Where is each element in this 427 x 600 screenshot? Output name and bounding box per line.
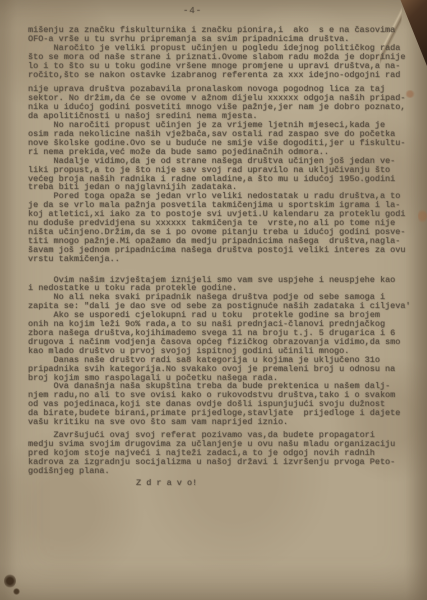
- paper-stain: [4, 574, 16, 588]
- page-number: -4-: [183, 6, 202, 16]
- paragraph: Ova današnja naša skupština treba da bud…: [28, 382, 424, 427]
- paper-stain: [13, 588, 20, 595]
- paragraph: Naročito je veliki propust učinjen u pog…: [28, 44, 424, 80]
- scanned-document-page: -4- mišenju za značku fiskulturnika i zn…: [0, 0, 427, 600]
- paragraph: Pored toga opaža se jedan vrlo veliki ne…: [28, 192, 424, 263]
- paragraph: Danas naše društvo radi sa8 kategorija u…: [28, 356, 424, 383]
- paragraph: No ali neka svaki pripadnik našega društ…: [28, 293, 424, 311]
- closing-salutation: Z d r a v o!: [136, 479, 424, 488]
- paragraph: Nadalje vidimo,da je od strane našega dr…: [28, 157, 424, 193]
- document-body: mišenju za značku fiskulturnika i značku…: [28, 26, 424, 487]
- paragraph: No naročiti propust učinjen je za vrijem…: [28, 121, 424, 157]
- paper-stain: [405, 90, 415, 98]
- paragraph: mišenju za značku fiskulturnika i značku…: [28, 26, 424, 44]
- paragraph: nije uprava društva pozabavila pronalask…: [28, 85, 424, 121]
- paper-stain: [418, 208, 427, 224]
- paragraph: Ovim našim izvještajem iznijeli smo vam …: [28, 276, 424, 294]
- paragraph: Ako se usporedi cjelokupni rad u toku pr…: [28, 311, 424, 356]
- paragraph: Završujući ovaj svoj referat pozivamo va…: [28, 431, 424, 476]
